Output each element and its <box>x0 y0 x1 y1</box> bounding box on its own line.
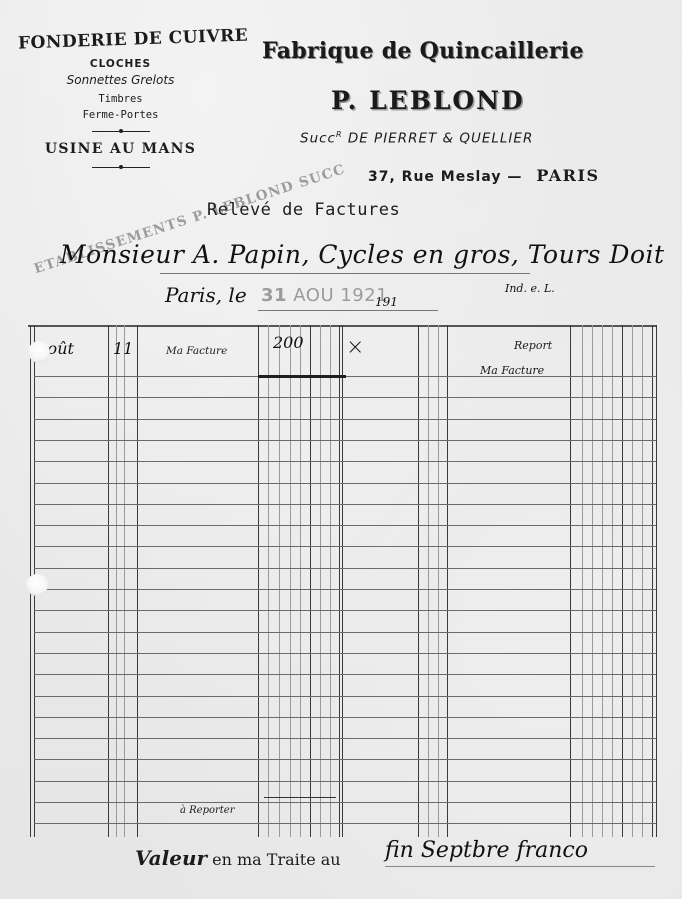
row-rule <box>34 546 656 547</box>
product-cloches: CLOCHES <box>18 58 223 70</box>
entry-amount: 200 <box>273 333 304 352</box>
row-rule <box>34 504 656 505</box>
row-rule <box>34 781 656 782</box>
factory-location: USINE AU MANS <box>18 141 223 157</box>
successor-rest: DE PIERRET & QUELLIER <box>343 131 534 147</box>
entry-day: 11 <box>113 339 133 358</box>
date-stamp-day: 31 <box>261 285 287 306</box>
product-ferme-portes: Ferme-Portes <box>18 109 223 121</box>
foundry-title: FONDERIE DE CUIVRE <box>18 26 224 53</box>
company-name: P. LEBLOND <box>331 86 525 115</box>
city: PARIS <box>536 166 599 185</box>
row-rule <box>34 461 656 462</box>
right-border-outer <box>656 325 657 837</box>
carry-forward-label: à Reporter <box>180 805 235 816</box>
product-timbres: Timbres <box>18 93 223 105</box>
invoice-paper: FONDERIE DE CUIVRE CLOCHES Sonnettes Gre… <box>0 0 682 899</box>
right-invoice-label: Ma Facture <box>480 364 544 377</box>
carry-forward-underline <box>264 797 336 798</box>
row-rule <box>34 419 656 420</box>
recipient-rule <box>160 273 530 274</box>
payment-terms-handwritten: fin Septbre franco <box>385 838 588 863</box>
recipient-note: Ind. e. L. <box>505 282 555 295</box>
trade-title: Fabrique de Quincaillerie <box>262 38 584 64</box>
ornament-divider <box>92 129 150 135</box>
row-rule <box>34 696 656 697</box>
punch-hole <box>26 574 48 596</box>
punch-hole <box>28 341 50 363</box>
row-rule <box>34 632 656 633</box>
row-rule <box>34 483 656 484</box>
row-rule <box>34 610 656 611</box>
letterhead-left: FONDERIE DE CUIVRE CLOCHES Sonnettes Gre… <box>18 30 223 171</box>
printed-year: 191 <box>375 295 398 309</box>
total-underline <box>258 375 346 378</box>
row-rule <box>34 589 656 590</box>
row-rule <box>34 440 656 441</box>
recipient-handwritten: Monsieur A. Papin, Cycles en gros, Tours… <box>60 240 665 269</box>
row-rule <box>34 568 656 569</box>
row-rule <box>34 802 656 803</box>
street-address: 37, Rue Meslay — <box>368 169 522 185</box>
date-prefix: Paris, le <box>165 283 247 307</box>
successor-prefix: Succ <box>300 131 336 147</box>
row-rule <box>34 653 656 654</box>
check-mark-icon: × <box>346 335 364 360</box>
entry-label: Ma Facture <box>166 345 227 357</box>
row-rule <box>34 738 656 739</box>
address-line: 37, Rue Meslay —PARIS <box>368 166 600 185</box>
ornament-divider <box>92 165 150 171</box>
ledger-table: Août 11 Ma Facture 200 × Report Ma Factu… <box>28 325 656 837</box>
payment-terms: Valeur en ma Traite au <box>135 846 341 870</box>
row-rule <box>34 397 656 398</box>
product-sonnettes: Sonnettes Grelots <box>18 73 223 87</box>
document-title: Relevé de Factures <box>207 200 400 220</box>
date-rule <box>258 310 438 311</box>
successor-line: SuccR DE PIERRET & QUELLIER <box>300 130 533 147</box>
row-rule <box>34 823 656 824</box>
payment-terms-rule <box>385 866 655 867</box>
payment-terms-rest: en ma Traite au <box>207 850 341 869</box>
row-rule <box>34 759 656 760</box>
date-stamp: 31 AOU 1921 <box>261 285 388 306</box>
payment-terms-label: Valeur <box>135 846 207 870</box>
date-stamp-month-year: AOU 1921 <box>287 285 388 306</box>
row-rule <box>34 717 656 718</box>
row-rule <box>34 674 656 675</box>
report-label: Report <box>514 339 552 352</box>
row-rule <box>34 525 656 526</box>
